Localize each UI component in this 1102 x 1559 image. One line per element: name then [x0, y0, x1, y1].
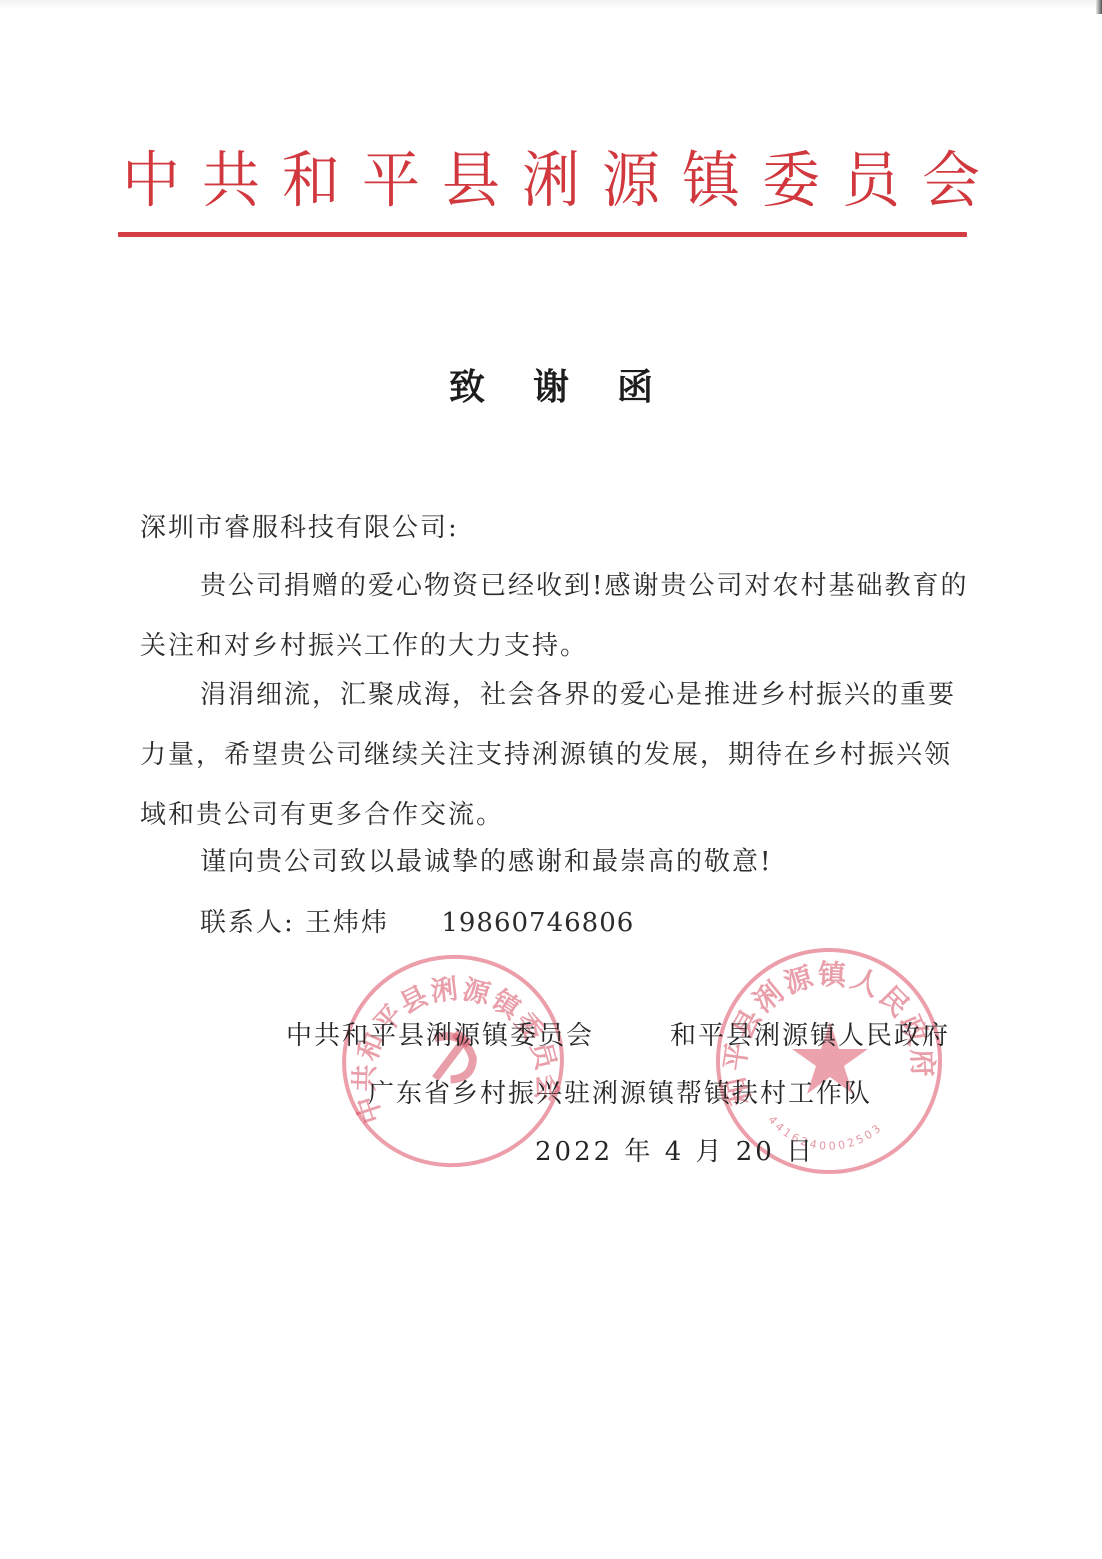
scan-top-shade — [0, 0, 1102, 10]
letterhead: 中共和平县浰源镇委员会 — [0, 140, 1102, 220]
paragraph-1: 贵公司捐赠的爱心物资已经收到!感谢贵公司对农村基础教育的关注和对乡村振兴工作的大… — [140, 556, 970, 676]
salutation: 深圳市睿服科技有限公司: — [140, 498, 970, 558]
signature-date: 2022 年 4 月 20 日 — [535, 1124, 815, 1180]
contact-name: 王炜炜 — [305, 908, 389, 938]
signature-party-committee: 中共和平县浰源镇委员会 — [286, 1008, 594, 1064]
contact-phone: 19860746806 — [441, 908, 634, 938]
letterhead-red-rule — [118, 232, 967, 237]
signature-town-government: 和平县浰源镇人民政府 — [670, 1008, 950, 1064]
contact-label: 联系人: — [200, 908, 295, 938]
document-title: 致谢函 — [0, 362, 1102, 412]
letterhead-title: 中共和平县浰源镇委员会 — [122, 138, 1002, 222]
scan-corner-shadow — [1096, 0, 1102, 14]
paragraph-3: 谨向贵公司致以最诚挚的感谢和最崇高的敬意! — [140, 832, 970, 892]
signature-work-team: 广东省乡村振兴驻浰源镇帮镇扶村工作队 — [368, 1066, 872, 1122]
contact-line: 联系人: 王炜炜 19860746806 — [200, 893, 634, 953]
paragraph-2: 涓涓细流，汇聚成海，社会各界的爱心是推进乡村振兴的重要力量，希望贵公司继续关注支… — [140, 665, 970, 845]
